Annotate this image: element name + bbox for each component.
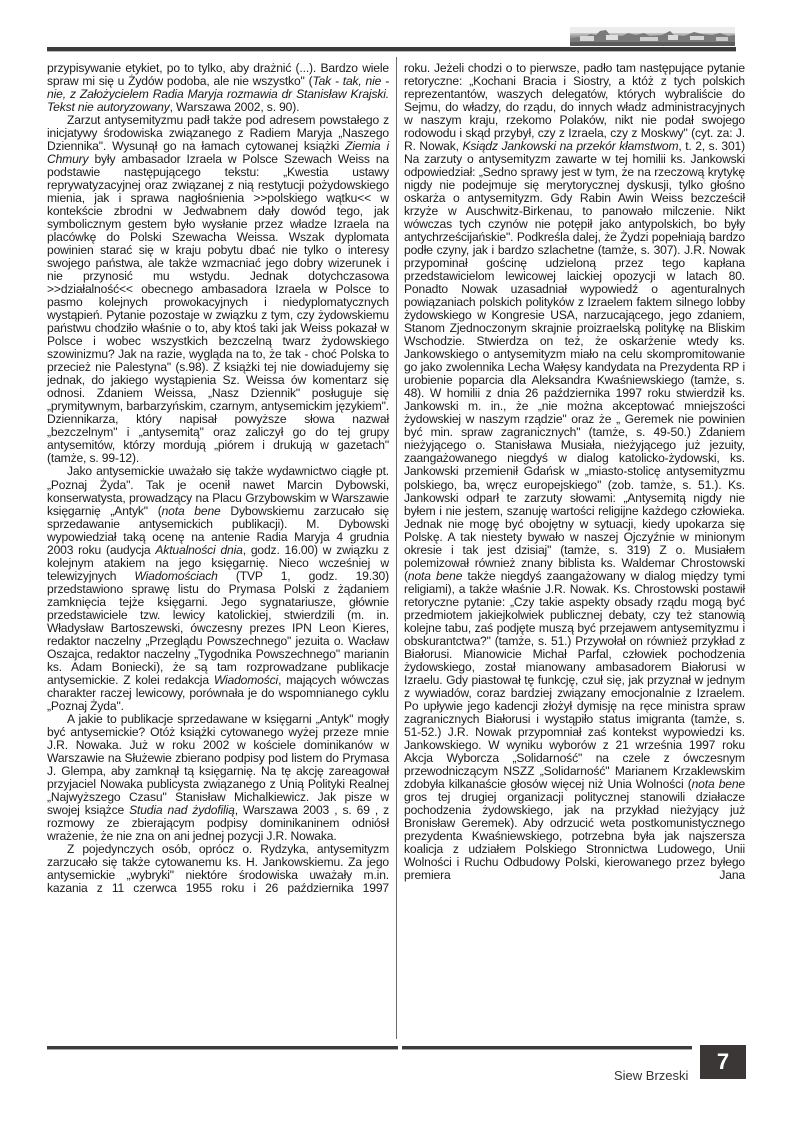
italic-phrase: nota bene [408, 569, 462, 583]
publication-name: Siew Brzeski [614, 1068, 688, 1083]
text: gros tej drugiej organizacji politycznej… [404, 790, 745, 882]
italic-phrase: nota bene [162, 504, 221, 518]
text: (TVP 1, godz. 19.30) przedstawiono spraw… [47, 569, 389, 687]
italic-program-title: Wiadomości [214, 673, 278, 687]
text: , Warszawa 2002, s. 90). [170, 100, 300, 114]
italic-program-title: Aktualności dnia [155, 543, 242, 557]
header-rule [47, 47, 736, 52]
footer-rule-left [47, 1046, 398, 1050]
italic-program-title: Wiadomościach [134, 569, 217, 583]
article-column-right: roku. Jeżeli chodzi o to pierwsze, padło… [404, 62, 745, 882]
town-panorama-photo [570, 27, 735, 46]
article-column-left: przypisywanie etykiet, po to tylko, aby … [47, 62, 389, 895]
footer-rule-right [402, 1046, 692, 1050]
paragraph: Jako antysemickie uważało się także wyda… [47, 465, 389, 712]
column-divider [396, 57, 397, 1039]
italic-book-title: Studia nad żydofilią [129, 803, 235, 817]
text: były ambasador Izraela w Polsce Szewach … [47, 152, 389, 465]
town-panorama-icon [570, 27, 735, 46]
italic-phrase: nota bene [692, 777, 745, 791]
paragraph: Zarzut antysemityzmu padł także pod adre… [47, 114, 389, 465]
text: Zarzut antysemityzmu padł także pod adre… [47, 113, 389, 153]
text: , t. 2, s. 301) Na zarzuty o antysemityz… [404, 139, 745, 583]
text: także niegdyś zaangażowany w dialog międ… [404, 569, 745, 791]
paragraph: A jakie to publikacje sprzedawane w księ… [47, 713, 389, 843]
paragraph: roku. Jeżeli chodzi o to pierwsze, padło… [404, 62, 745, 882]
paragraph: Z pojedynczych osób, oprócz o. Rydzyka, … [47, 843, 389, 895]
text: Z pojedynczych osób, oprócz o. Rydzyka, … [47, 842, 389, 895]
page-number: 7 [700, 1045, 746, 1079]
paragraph: przypisywanie etykiet, po to tylko, aby … [47, 62, 389, 114]
italic-book-title: Ksiądz Jankowski na przekór kłamstwom [462, 139, 678, 153]
text: A jakie to publikacje sprzedawane w księ… [47, 712, 389, 817]
